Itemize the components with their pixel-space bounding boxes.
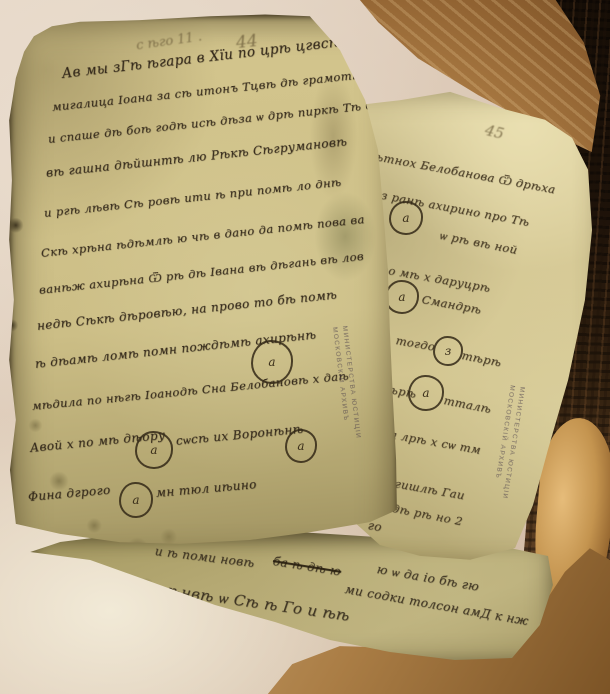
circle-mark-letter: а	[150, 443, 157, 457]
circle-mark-letter: а	[422, 386, 429, 400]
circle-mark: а	[389, 201, 423, 235]
handwriting-line: и ргѣ лѣвѣ Сѣ ровѣ ити ѣ при помѣ ло днѣ	[43, 175, 342, 220]
handwriting-line: ѡ рѣ вѣ ной	[439, 228, 519, 257]
handwriting-line: ми содки толсон амД к нж	[344, 582, 530, 628]
circle-mark: а	[285, 429, 317, 463]
circle-mark-letter: а	[132, 493, 139, 507]
handwriting-line: тогдо	[395, 333, 437, 354]
circle-mark-letter: а	[398, 290, 405, 304]
handwriting-line: агишлѣ Гаи	[387, 475, 466, 502]
circle-mark-letter: з	[445, 344, 452, 358]
manuscript-page-left: с ѣго 11 . 44 Ав мы зГѣ ѣгара в Хїи по ц…	[8, 14, 400, 570]
handwriting-line: недѣ Сѣкѣ дѣровѣю, на прово то бѣ помѣ	[36, 288, 337, 333]
handwriting-line: и ѣ поми новѣ	[154, 544, 255, 570]
circle-mark: з	[433, 336, 463, 366]
circle-mark: а	[251, 340, 293, 384]
circle-mark: а	[135, 431, 173, 469]
circle-mark-letter: а	[268, 355, 275, 369]
handwriting-line-struck: ба ѣ дѣ ю	[272, 554, 342, 579]
handwriting-line: Фина дгрого	[27, 483, 111, 504]
handwriting-line: мѣдила по нѣгѣ Іоанодѣ Сна Белобановѣ х …	[31, 369, 349, 413]
circle-mark-letter: а	[297, 439, 304, 453]
manuscript-photo: и ѣ поми новѣ ба ѣ дѣ ю ю ѡ да іо бѣ гю …	[0, 0, 610, 694]
handwriting-line: Смандрѣ	[421, 292, 483, 317]
handwriting-line: мн тюл иѣино	[155, 477, 257, 500]
circle-mark: а	[119, 482, 153, 518]
handwriting-line: тѣрѣ	[461, 348, 503, 369]
header-mark: с ѣго 11 .	[135, 29, 203, 53]
archive-stamp: МОСКОВСКІЙ АРХИВЪ МИНИСТЕРСТВА ЮСТИЦІИ	[331, 326, 366, 477]
circle-mark: а	[408, 375, 444, 411]
handwriting-line: тталѣ	[443, 393, 493, 416]
handwriting-line: га лрѣ х сѡ тм	[383, 426, 482, 457]
page-number: 45	[483, 121, 506, 143]
circle-mark-letter: а	[402, 211, 409, 225]
circle-mark: а	[385, 280, 419, 314]
